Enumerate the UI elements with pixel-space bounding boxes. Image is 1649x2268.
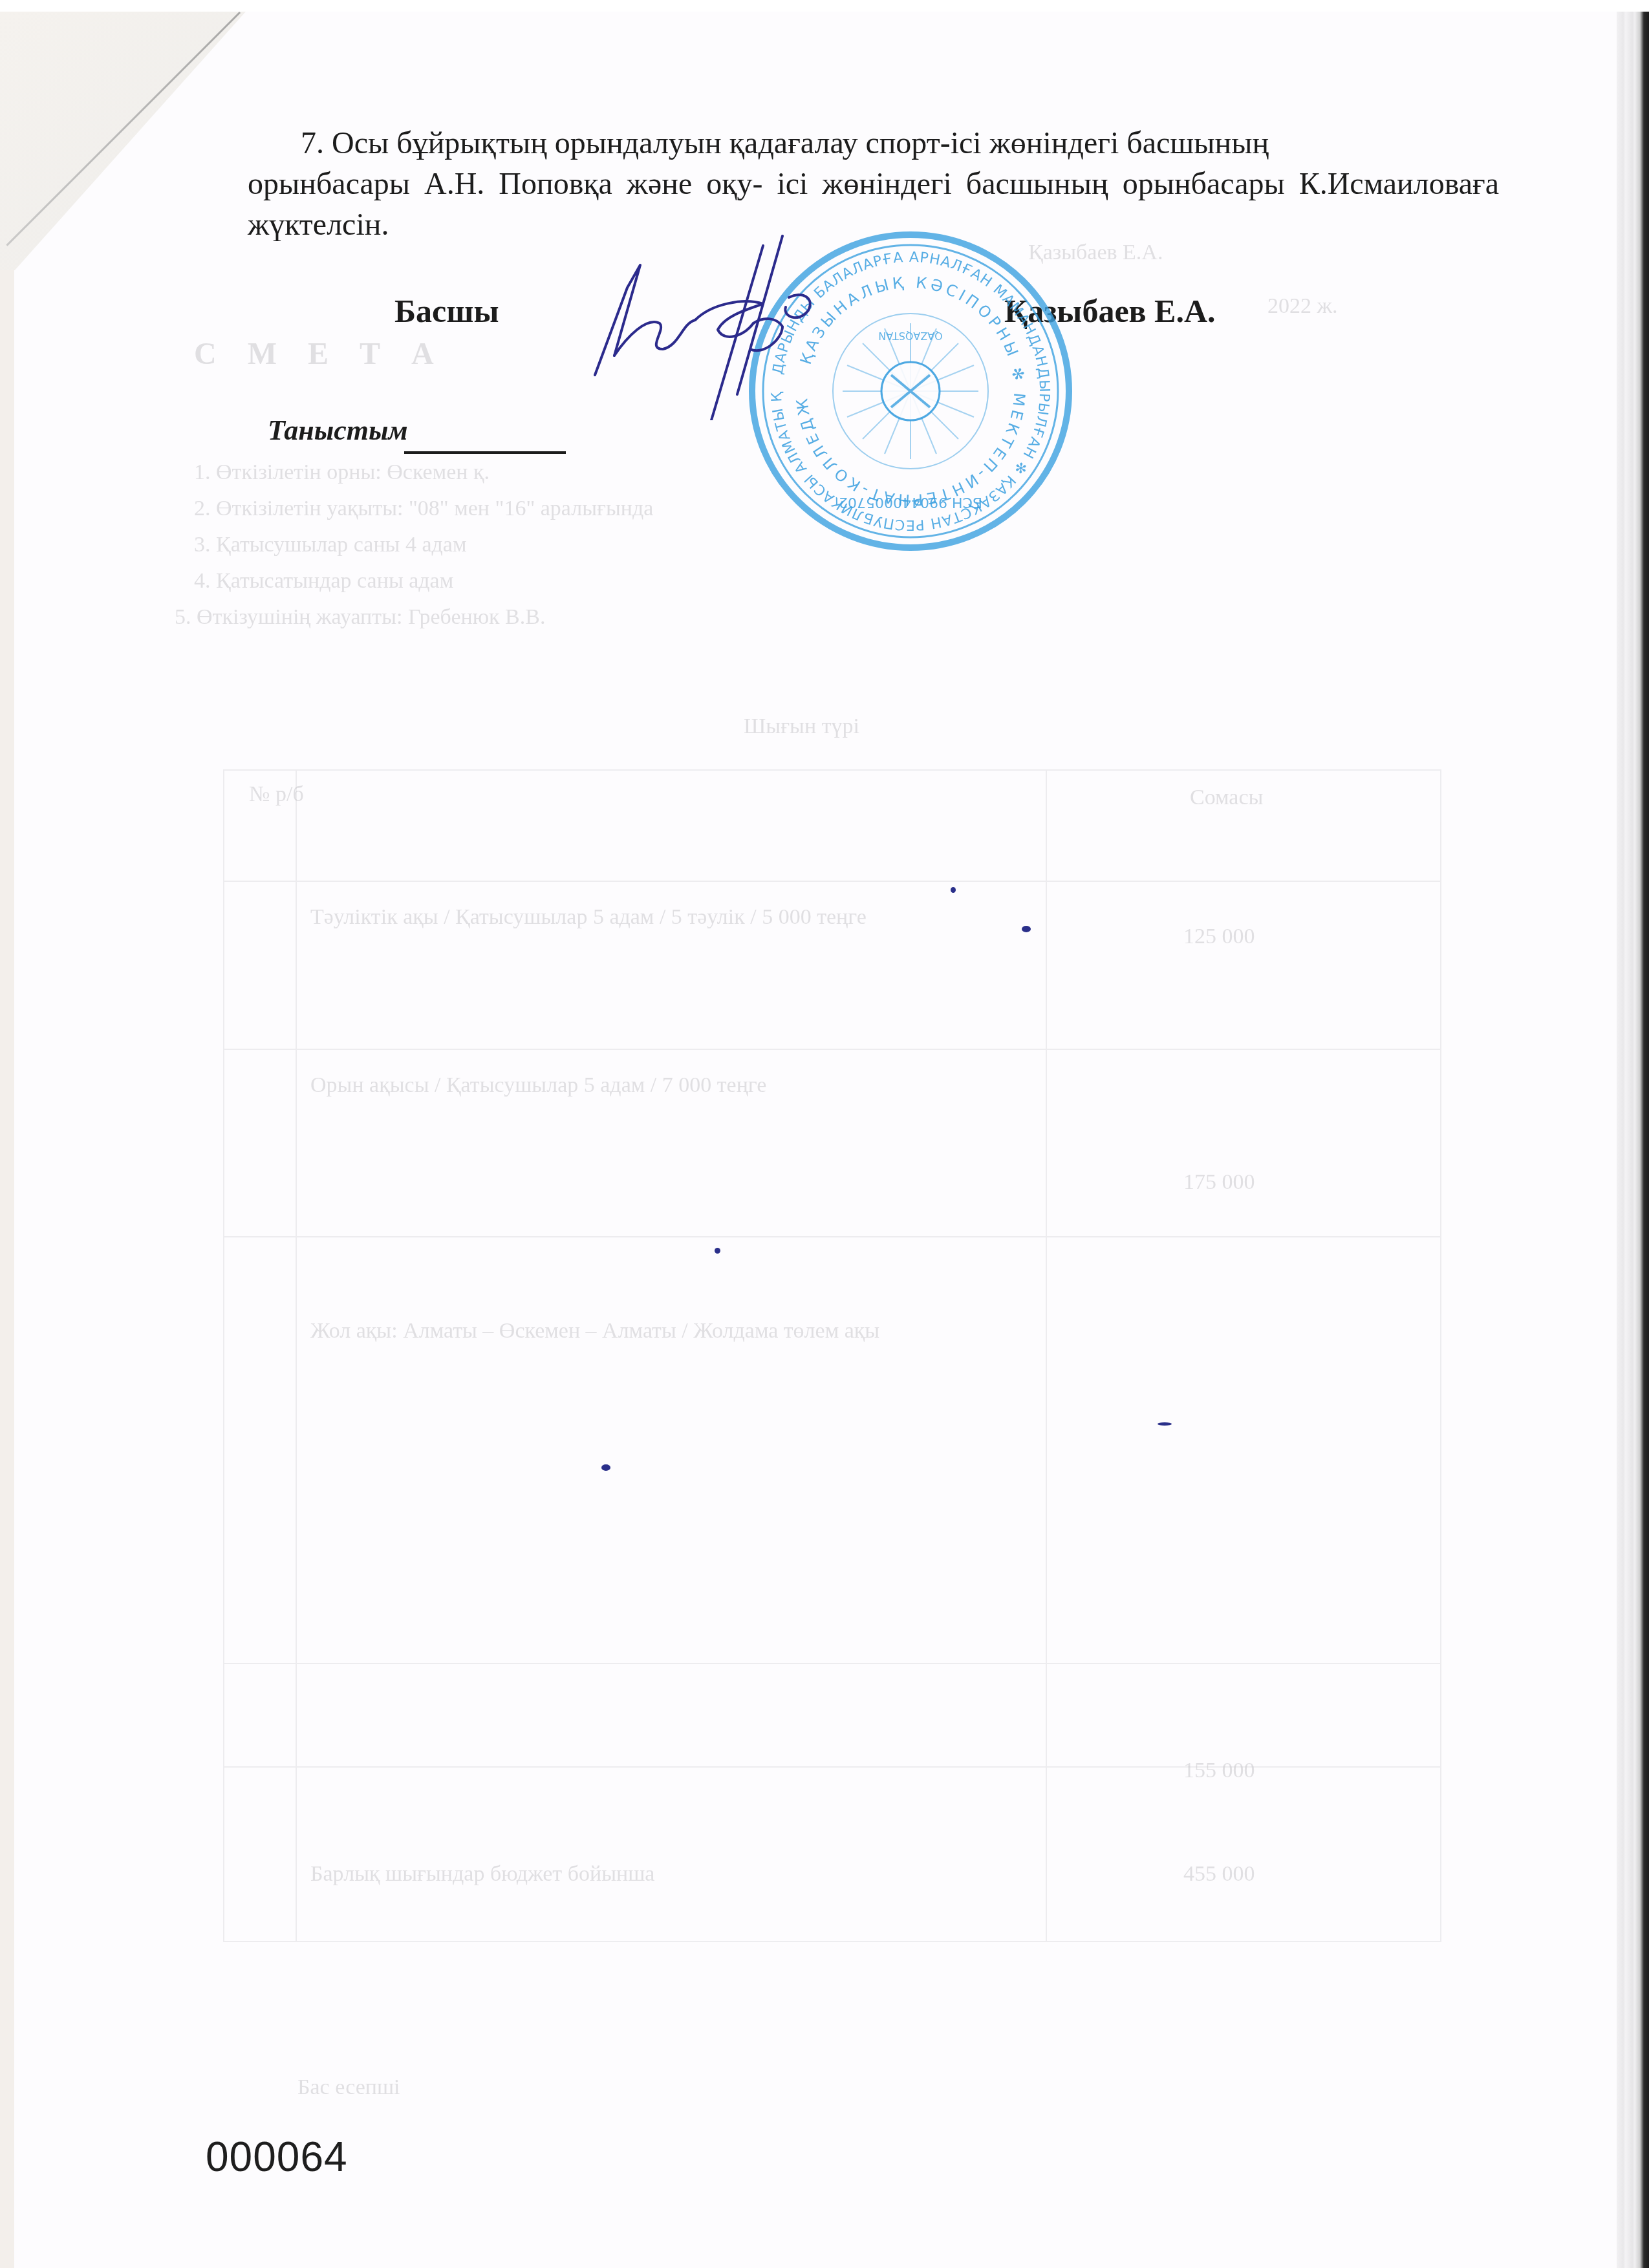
ghost-total-amount: 455 000: [1183, 1862, 1255, 1887]
page-number: 000064: [206, 2133, 348, 2181]
ghost-line-2: 2. Өткізілетін уақыты: "08" мен "16" ара…: [194, 497, 653, 521]
scan-top-margin: [0, 0, 1649, 12]
ink-speck: [1022, 926, 1031, 932]
ghost-total: Барлық шығындар бюджет бойынша: [310, 1862, 654, 1887]
handwritten-signature-icon: [569, 226, 879, 420]
ink-speck: [601, 1464, 610, 1471]
ghost-footer-label: Бас есепші: [297, 2075, 400, 2100]
ghost-row-3-amount: 155 000: [1183, 1759, 1255, 1783]
ghost-row-2: Орын ақысы / Қатысушылар 5 адам / 7 000 …: [310, 1073, 766, 1098]
ghost-line-4: 4. Қатысатындар саны адам: [194, 569, 453, 594]
ghost-heading: С М Е Т А: [194, 336, 446, 372]
ink-speck: [715, 1248, 720, 1254]
ghost-table: [223, 769, 1441, 1942]
svg-text:БСН 990440005702: БСН 990440005702: [839, 494, 982, 510]
ghost-row-3: Жол ақы: Алматы – Өскемен – Алматы / Жол…: [310, 1319, 879, 1343]
acknowledgement-label: Таныстым: [268, 414, 408, 447]
ghost-col-amount: Сомасы: [1190, 786, 1263, 810]
ghost-row-2-amount: 175 000: [1183, 1170, 1255, 1195]
clause-text-line1: Осы бұйрықтың орындалуын қадағалау спорт…: [332, 126, 1269, 160]
ghost-line-1: 1. Өткізілетін орны: Өскемен қ.: [194, 460, 490, 485]
stacked-page-edges: [1617, 12, 1649, 2268]
ghost-col-no: № р/б: [249, 782, 304, 807]
acknowledgement-signature-line: [404, 451, 566, 454]
ghost-line-3: 3. Қатысушылар саны 4 адам: [194, 533, 466, 557]
ghost-line-5: 5. Өткізушінің жауапты: Гребенюк В.В.: [175, 605, 545, 630]
clause-number: 7.: [301, 126, 324, 160]
ghost-approval-date: 2022 ж.: [1267, 294, 1338, 319]
ghost-row-1: Тәуліктік ақы / Қатысушылар 5 адам / 5 т…: [310, 905, 867, 930]
clause-first-line: 7. Осы бұйрықтың орындалуын қадағалау сп…: [248, 123, 1499, 164]
ink-speck: [951, 887, 956, 893]
ink-speck: [1158, 1422, 1172, 1426]
svg-text:QAZAQSTAN: QAZAQSTAN: [878, 330, 942, 342]
ghost-table-title: Шығын түрі: [744, 714, 859, 739]
folded-page-edge: [0, 265, 14, 2268]
signatory-title: Басшы: [394, 292, 499, 330]
ghost-row-1-amount: 125 000: [1183, 925, 1255, 949]
